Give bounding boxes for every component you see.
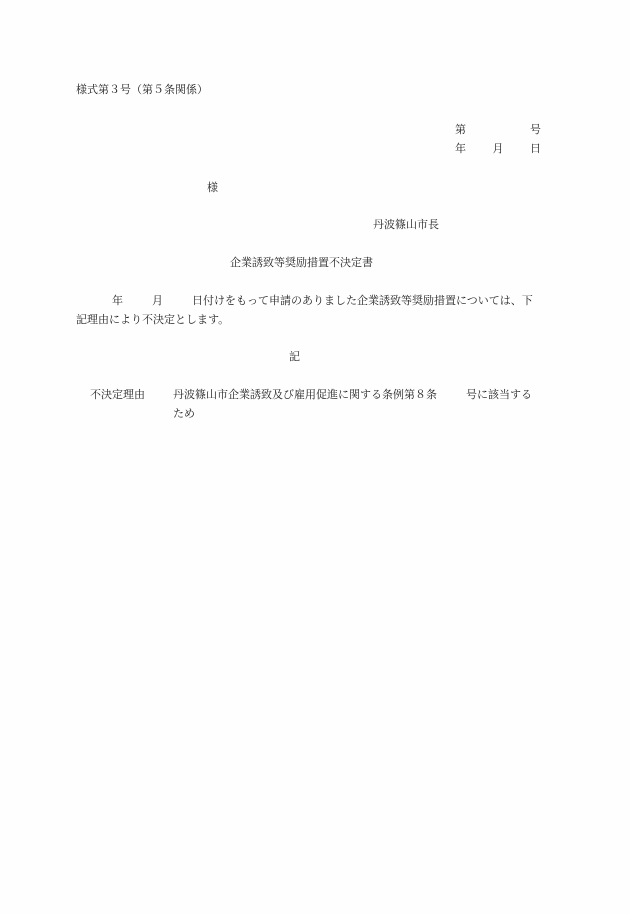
issuer: 丹波篠山市長 — [373, 218, 439, 232]
body-line-1: 年月日付けをもって申請のありました企業誘致等奨励措置については、下 — [112, 294, 533, 308]
body-year: 年 — [112, 294, 123, 307]
addressee: 様 — [207, 181, 218, 195]
reason-text-part1: 丹波篠山市企業誘致及び雇用促進に関する条例第８条 — [173, 388, 437, 401]
reason-text-2: ため — [173, 407, 195, 421]
date-day: 日 — [530, 142, 541, 156]
reason-label: 不決定理由 — [90, 388, 145, 402]
body-text-1: 日付けをもって申請のありました企業誘致等奨励措置については、下 — [192, 294, 533, 307]
date-month: 月 — [493, 142, 504, 156]
date-year: 年 — [455, 142, 466, 156]
issue-date: 年 月 日 — [455, 142, 541, 156]
reason-text-1: 丹波篠山市企業誘致及び雇用促進に関する条例第８条号に該当する — [173, 388, 532, 402]
body-line-2: 記理由により不決定とします。 — [76, 313, 229, 327]
doc-number-prefix: 第 — [455, 123, 466, 137]
form-number: 様式第３号（第５条関係） — [76, 83, 208, 97]
document-number: 第 号 — [455, 123, 541, 137]
doc-number-suffix: 号 — [530, 123, 541, 137]
reason-text-part2: 号に該当する — [466, 388, 532, 401]
ki-heading: 記 — [289, 350, 300, 364]
document-title: 企業誘致等奨励措置不決定書 — [230, 256, 373, 270]
body-month: 月 — [152, 294, 163, 307]
